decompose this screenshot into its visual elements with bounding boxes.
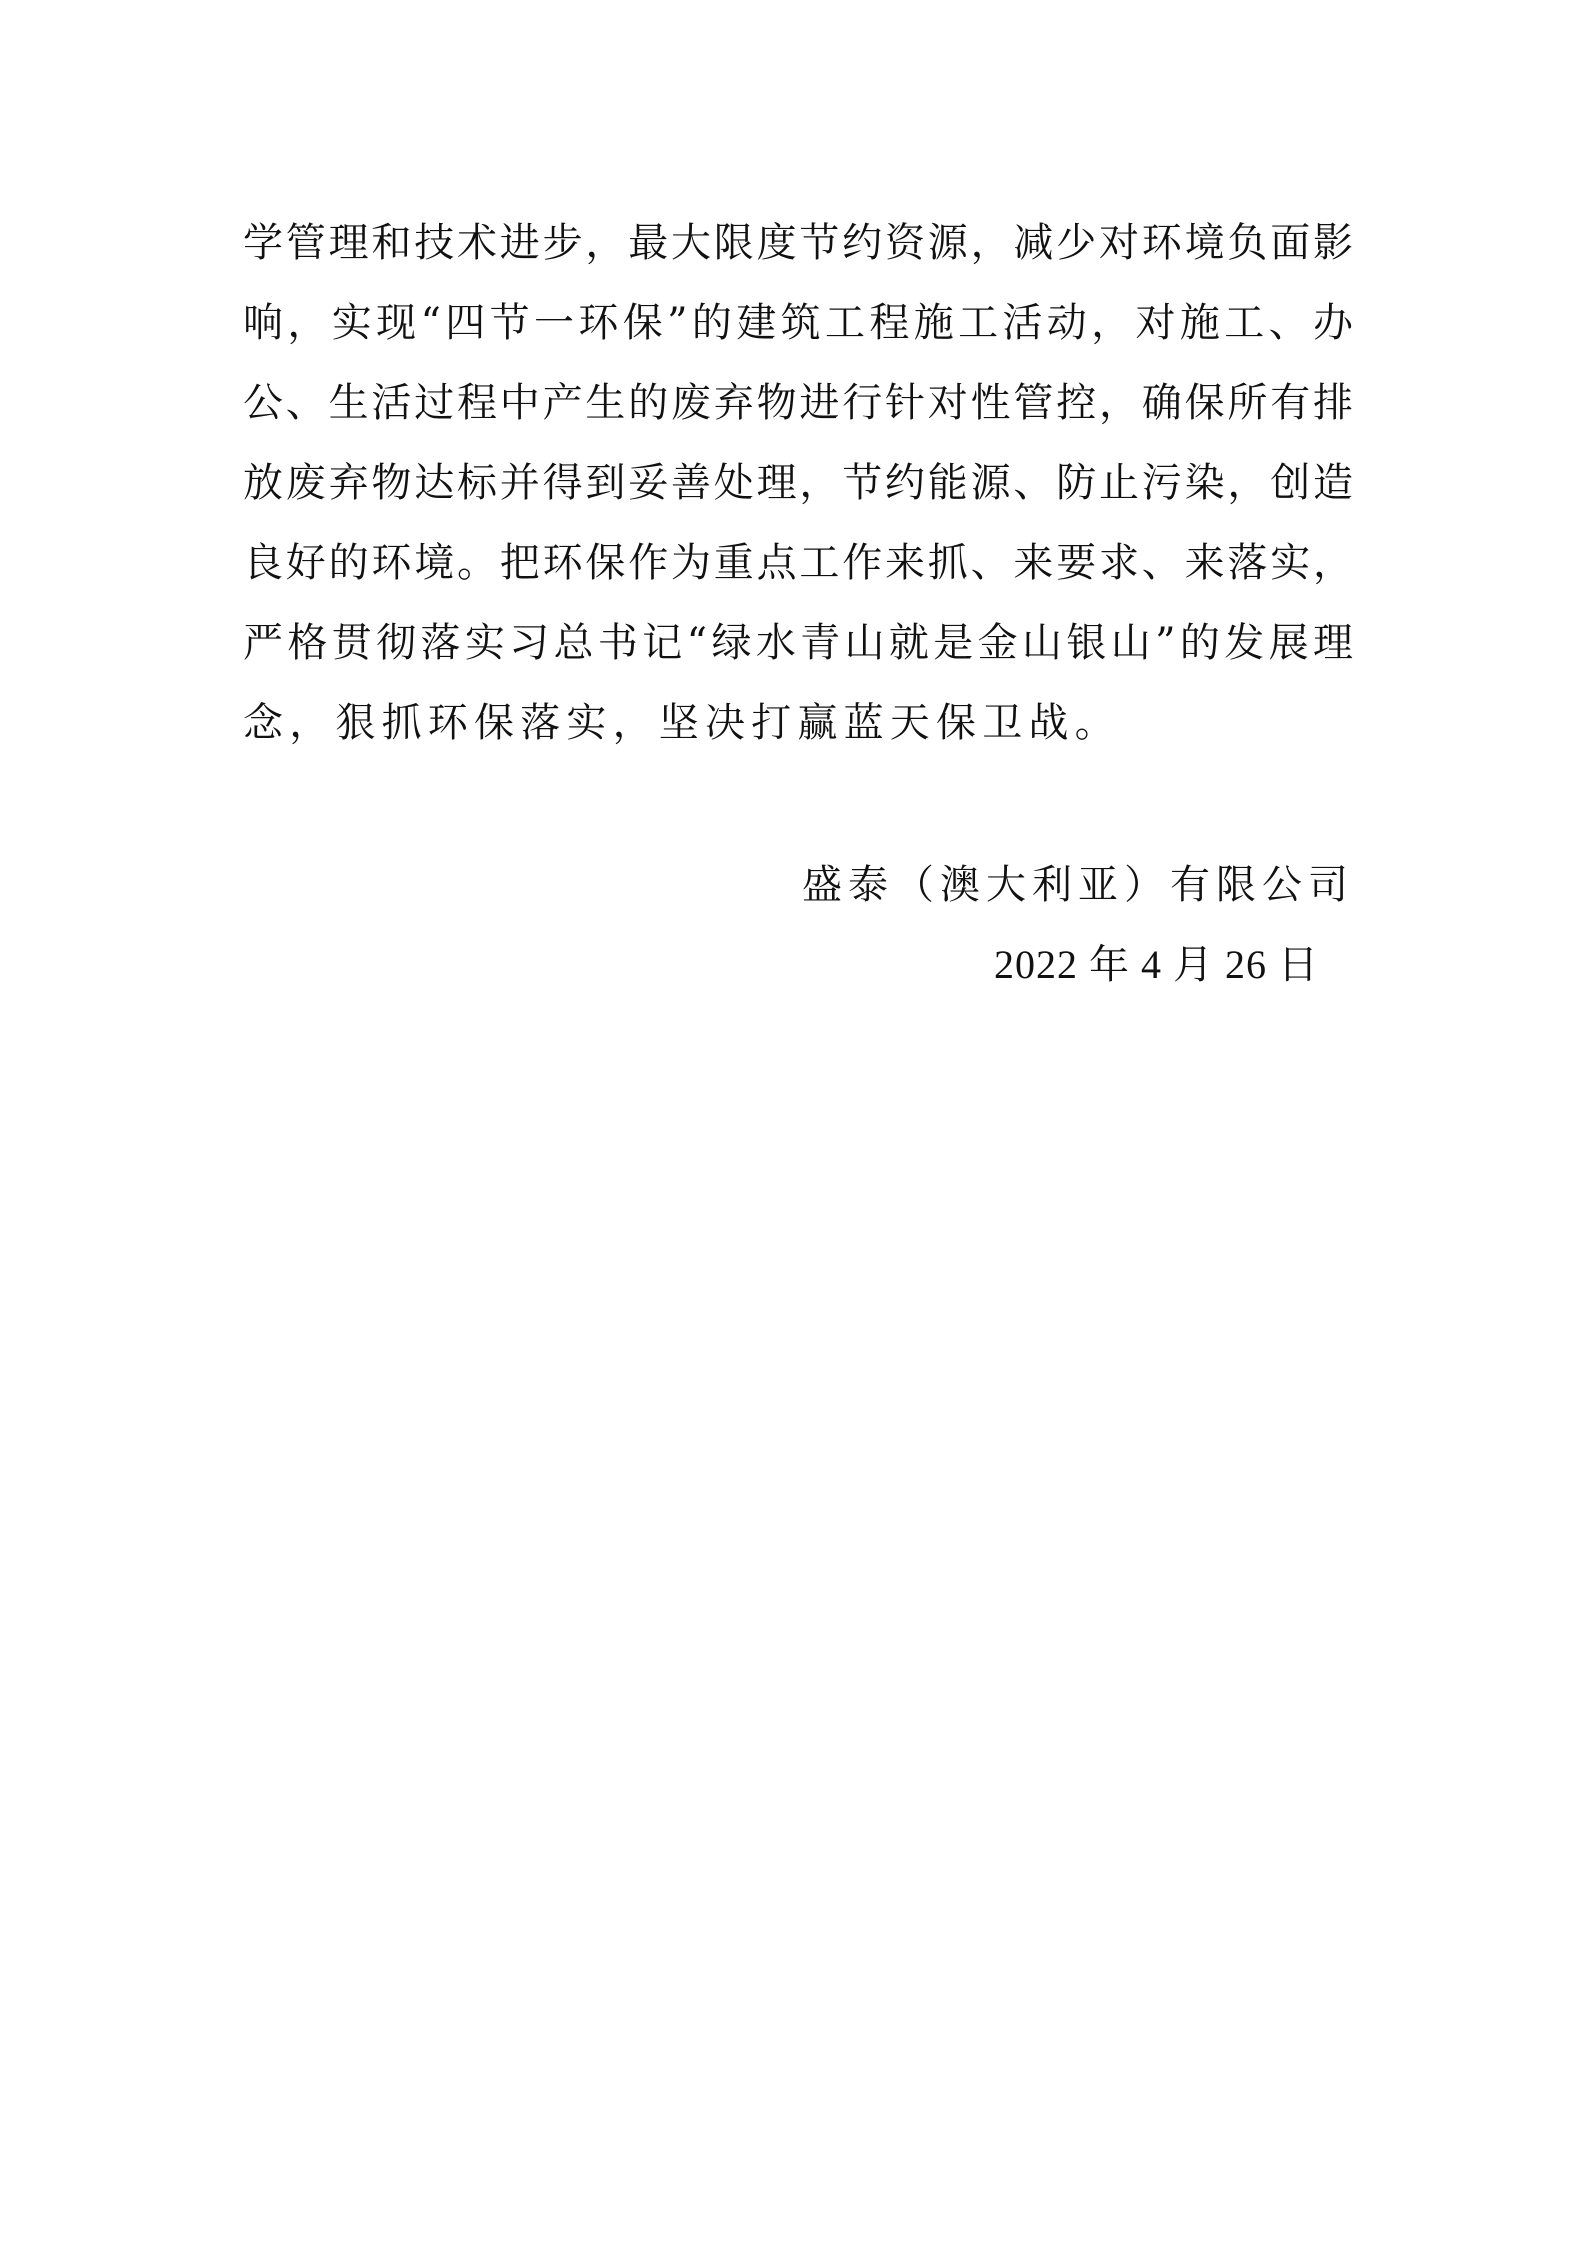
signature-date: 2022 年 4 月 26 日 [994, 925, 1319, 1005]
body-line-2: 响，实现“四节一环保”的建筑工程施工活动，对施工、办 [243, 283, 1353, 363]
body-line-4: 放废弃物达标并得到妥善处理，节约能源、防止污染，创造 [243, 443, 1353, 523]
body-line-3: 公、生活过程中产生的废弃物进行针对性管控，确保所有排 [243, 363, 1353, 443]
body-line-5: 良好的环境。把环保作为重点工作来抓、来要求、来落实， [243, 523, 1353, 603]
body-line-1: 学管理和技术进步，最大限度节约资源，减少对环境负面影 [243, 203, 1353, 283]
document-page: 学管理和技术进步，最大限度节约资源，减少对环境负面影 响，实现“四节一环保”的建… [0, 0, 1587, 2245]
signature-company: 盛泰（澳大利亚）有限公司 [802, 845, 1354, 925]
body-line-7: 念，狠抓环保落实，坚决打赢蓝天保卫战。 [243, 683, 1353, 763]
body-line-6: 严格贯彻落实习总书记“绿水青山就是金山银山”的发展理 [243, 603, 1353, 683]
body-paragraph: 学管理和技术进步，最大限度节约资源，减少对环境负面影 响，实现“四节一环保”的建… [243, 203, 1353, 763]
